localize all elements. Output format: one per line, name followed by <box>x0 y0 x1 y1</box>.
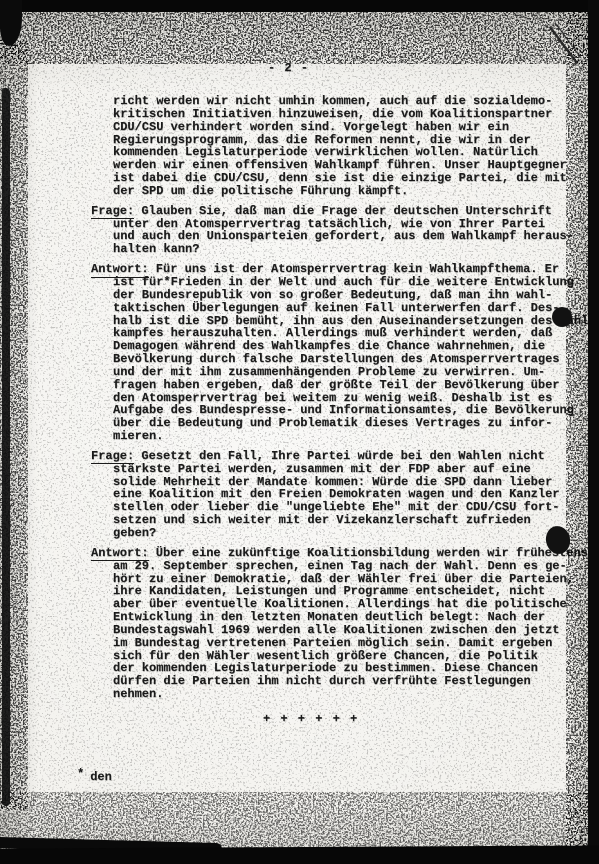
text-column: richt werden wir nicht umhin kommen, auc… <box>91 95 599 726</box>
question-paragraph: Frage: Glauben Sie, daß man die Frage de… <box>91 205 599 256</box>
text-line: geben? <box>91 527 599 540</box>
footnote: *den <box>77 770 112 784</box>
answer-paragraph: Antwort: Über eine zukünftige Koalitions… <box>91 547 599 701</box>
text-line: Antwort: Über eine zukünftige Koalitions… <box>91 547 599 560</box>
text-line: über die Bedeutung und Problematik diese… <box>91 417 599 430</box>
text-line: am 29. September sprechen, einen Tag nac… <box>91 560 599 573</box>
end-separator: + + + + + + <box>91 712 599 726</box>
answer-paragraph: Antwort: Für uns ist der Atomsperrvertra… <box>91 263 599 443</box>
scan-border-right <box>588 0 599 864</box>
text-line: richt werden wir nicht umhin kommen, auc… <box>91 95 599 108</box>
body-paragraph: richt werden wir nicht umhin kommen, auc… <box>91 95 599 198</box>
text-line: der SPD um die politische Führung kämpft… <box>91 185 599 198</box>
text-line: der Bundesrepublik von so großer Bedeutu… <box>91 289 599 302</box>
footnote-text: den <box>90 770 112 784</box>
text-line: kritischen Initiativen hinzuweisen, die … <box>91 108 599 121</box>
scan-corner-top-left <box>0 0 22 46</box>
scan-border-left <box>2 88 10 806</box>
text-line: halten kann? <box>91 243 599 256</box>
ink-blot-artifact <box>552 307 572 327</box>
text-line: Bevölkerung durch falsche Darstellungen … <box>91 353 599 366</box>
text-line: und der mit ihm zusammenhängenden Proble… <box>91 366 599 379</box>
scan-border-bottom <box>0 845 599 864</box>
text-line: dürfen die Parteien ihm nicht durch verf… <box>91 675 599 688</box>
text-line: mieren. <box>91 430 599 443</box>
footnote-asterisk-marker: * <box>77 767 84 781</box>
text-line: ist für*Frieden in der Welt und auch für… <box>91 276 599 289</box>
question-paragraph: Frage: Gesetzt den Fall, Ihre Partei wür… <box>91 450 599 540</box>
text-line: taktischen Überlegungen auf keinen Fall … <box>91 302 599 315</box>
text-line: Entwicklung in den letzten Monaten deutl… <box>91 611 599 624</box>
text-line: Bundestagswahl 1969 werden alle Koalitio… <box>91 624 599 637</box>
text-line: Frage: Gesetzt den Fall, Ihre Partei wür… <box>91 450 599 463</box>
text-line: stärkste Partei werden, zusammen mit der… <box>91 463 599 476</box>
scanned-document-page: - 2 - richt werden wir nicht umhin komme… <box>0 0 599 864</box>
page-number: - 2 - <box>268 61 309 75</box>
text-line: im Bundestag vertretenen Parteien möglic… <box>91 637 599 650</box>
text-line: nehmen. <box>91 688 599 701</box>
text-line: Frage: Glauben Sie, daß man die Frage de… <box>91 205 599 218</box>
text-line: setzen und sich weiter mit der Vizekanzl… <box>91 514 599 527</box>
text-line: fragen haben ergeben, daß der größte Tei… <box>91 379 599 392</box>
text-line: ist dabei die CDU/CSU, denn sie ist die … <box>91 172 599 185</box>
scan-border-top <box>0 0 599 12</box>
text-line: CDU/CSU verhindert worden sind. Vorgeleg… <box>91 121 599 134</box>
